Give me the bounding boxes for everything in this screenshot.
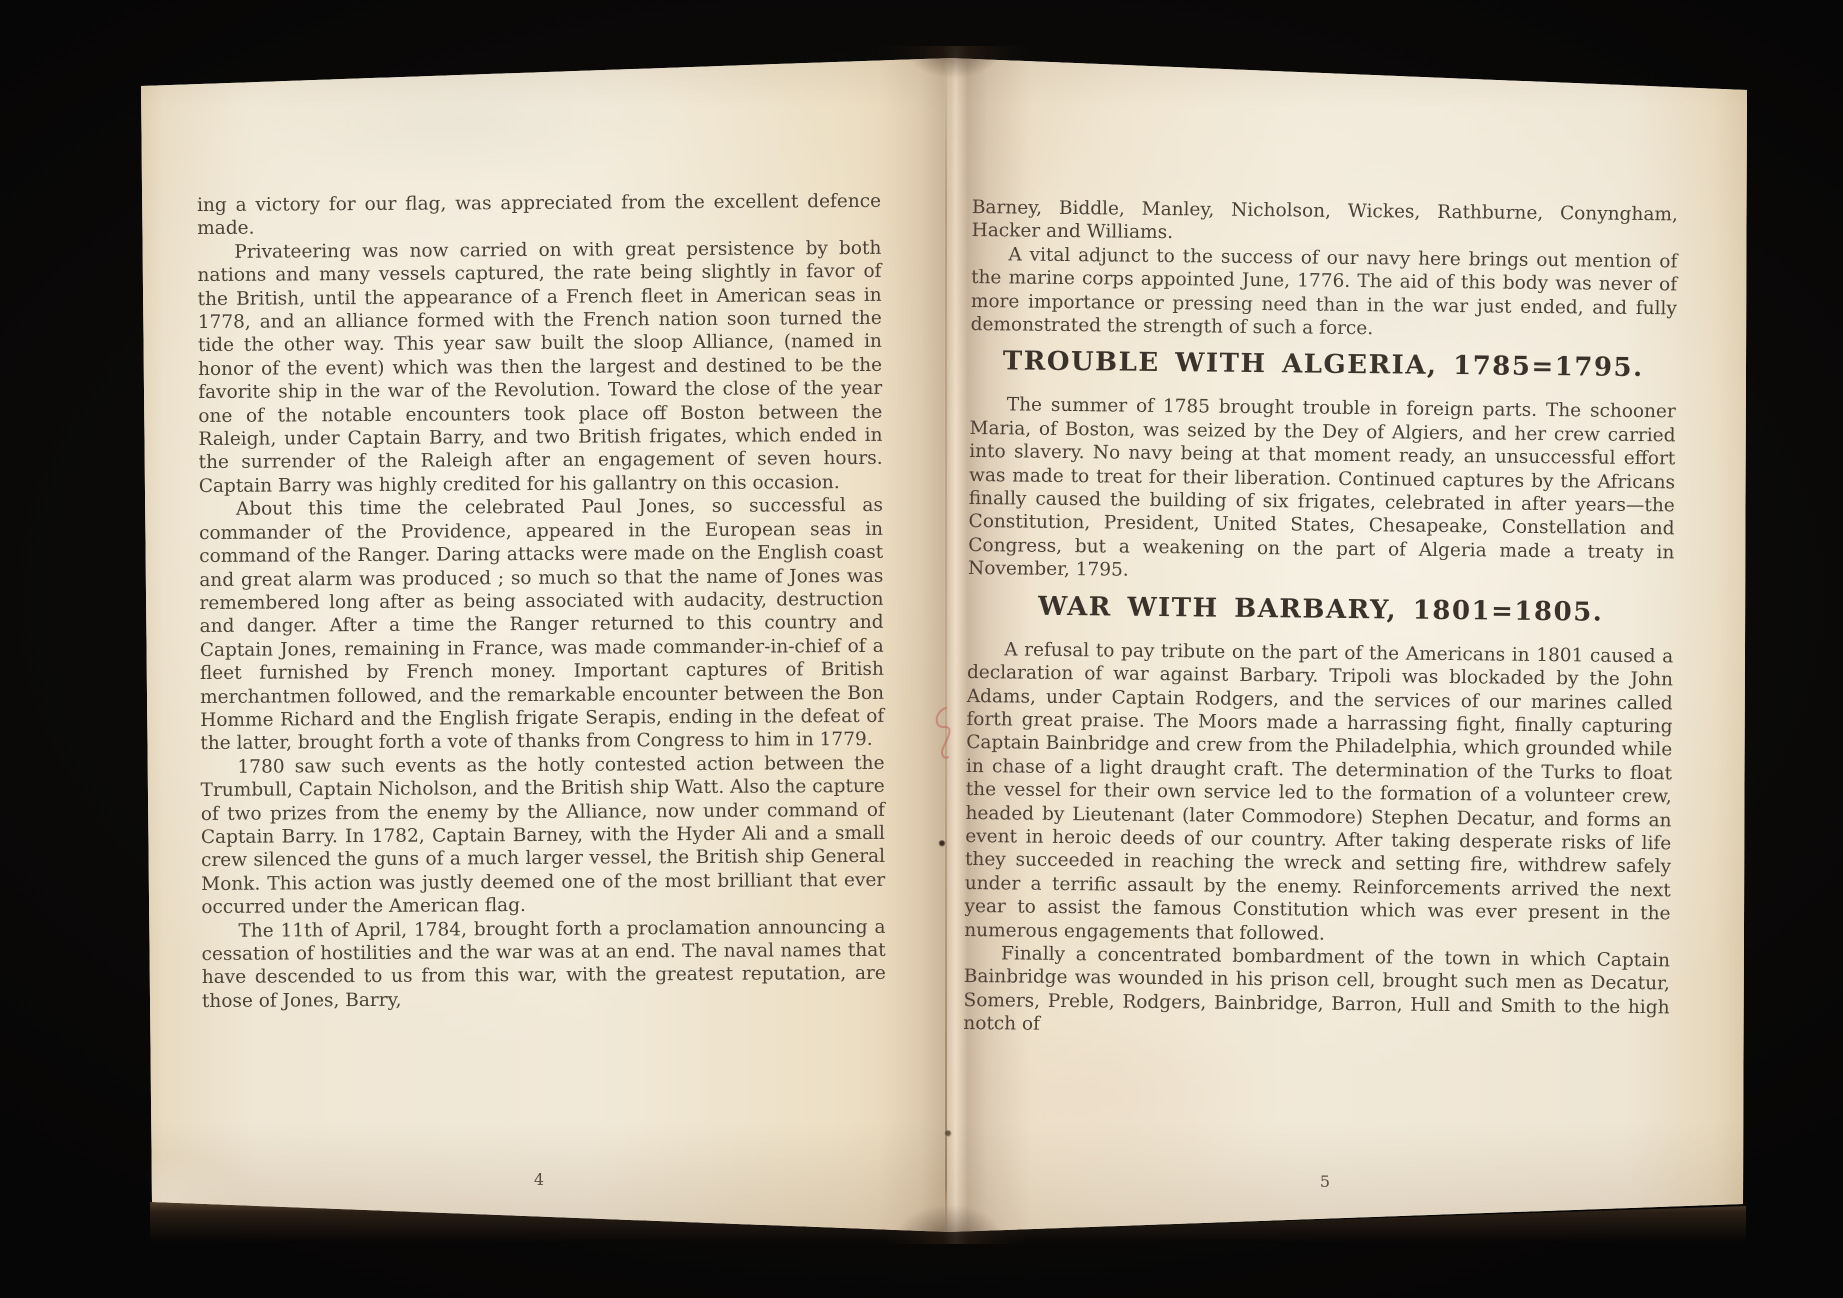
paragraph: Privateering was now carried on with gre…: [197, 237, 883, 499]
left-page: ing a victory for our flag, was apprecia…: [130, 48, 960, 1240]
paragraph: The summer of 1785 brought trouble in fo…: [968, 393, 1676, 588]
paragraph: A refusal to pay tribute on the part of …: [964, 638, 1673, 950]
page-number-right: 5: [972, 1172, 1678, 1191]
paragraph: Barney, Biddle, Manley, Nicholson, Wicke…: [972, 196, 1678, 250]
section-heading: TROUBLE WITH ALGERIA, 1785=1795.: [970, 346, 1676, 383]
paragraph: A vital adjunct to the success of our na…: [971, 243, 1678, 344]
paragraph: The 11th of April, 1784, brought forth a…: [201, 915, 886, 1013]
page-number-left: 4: [197, 1170, 881, 1189]
page-right-body: Barney, Biddle, Manley, Nicholson, Wicke…: [963, 196, 1678, 1043]
paragraph: Finally a concentrated bombardment of th…: [963, 942, 1670, 1043]
section-heading: WAR WITH BARBARY, 1801=1805.: [968, 591, 1674, 628]
paragraph: About this time the celebrated Paul Jone…: [199, 494, 885, 756]
paragraph: 1780 saw such events as the hotly contes…: [200, 752, 885, 920]
right-page: Barney, Biddle, Manley, Nicholson, Wicke…: [940, 48, 1755, 1240]
paragraph: ing a victory for our flag, was apprecia…: [197, 190, 881, 241]
page-left-body: ing a victory for our flag, was apprecia…: [197, 190, 886, 1013]
